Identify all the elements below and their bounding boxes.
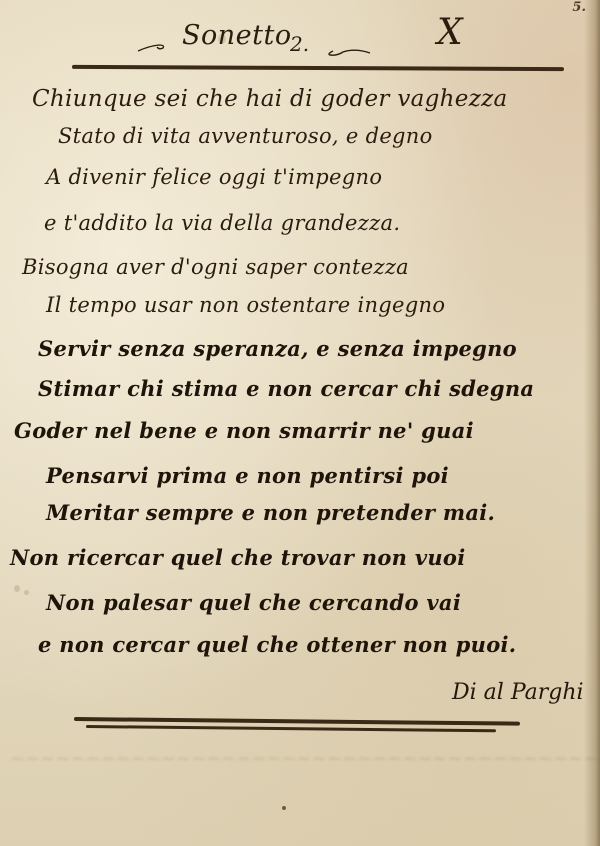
bleed-through-text: ~~~~~~~~~~~~~~~~~~~~~~~~~~~~~~~~~~~~~~~~… bbox=[10, 748, 530, 768]
poem-line: Bisogna aver d'ogni saper contezza bbox=[22, 255, 409, 279]
poem-line: Goder nel bene e non smarrir ne' guai bbox=[14, 418, 474, 443]
closing-rule bbox=[86, 725, 496, 732]
manuscript-page: 5. Sonetto 2. X Chiunque sei che hai di … bbox=[0, 0, 600, 846]
poem-line: A divenir felice oggi t'impegno bbox=[46, 165, 382, 189]
page-number: 5. bbox=[572, 0, 586, 15]
sonnet-heading: Sonetto 2. X bbox=[0, 14, 600, 62]
heading-rule bbox=[72, 65, 564, 71]
flourish-left-icon bbox=[137, 42, 167, 52]
sonnet-number: 2. bbox=[290, 32, 309, 56]
flourish-right-icon bbox=[325, 44, 371, 56]
ink-stain bbox=[14, 585, 20, 592]
signature: Di al Parghi bbox=[452, 680, 584, 705]
poem-line: Il tempo usar non ostentare ingegno bbox=[46, 293, 445, 317]
poem-line: e non cercar quel che ottener non puoi. bbox=[38, 632, 516, 657]
poem-line: Servir senza speranza, e senza impegno bbox=[38, 336, 517, 361]
poem-line: Chiunque sei che hai di goder vaghezza bbox=[32, 86, 508, 112]
poem-line: Meritar sempre e non pretender mai. bbox=[46, 500, 495, 525]
ink-stain bbox=[24, 590, 29, 595]
poem-line: Stato di vita avventuroso, e degno bbox=[58, 124, 433, 148]
sonnet-mark: X bbox=[437, 12, 463, 53]
closing-rule bbox=[74, 717, 520, 726]
ink-dot bbox=[282, 806, 286, 810]
poem-line: Stimar chi stima e non cercar chi sdegna bbox=[38, 376, 534, 401]
poem-line: Non palesar quel che cercando vai bbox=[46, 590, 461, 615]
poem-line: Non ricercar quel che trovar non vuoi bbox=[10, 545, 466, 570]
poem-line: Pensarvi prima e non pentirsi poi bbox=[46, 463, 449, 488]
poem-line: e t'addito la via della grandezza. bbox=[44, 211, 400, 235]
sonnet-title: Sonetto bbox=[182, 20, 292, 51]
